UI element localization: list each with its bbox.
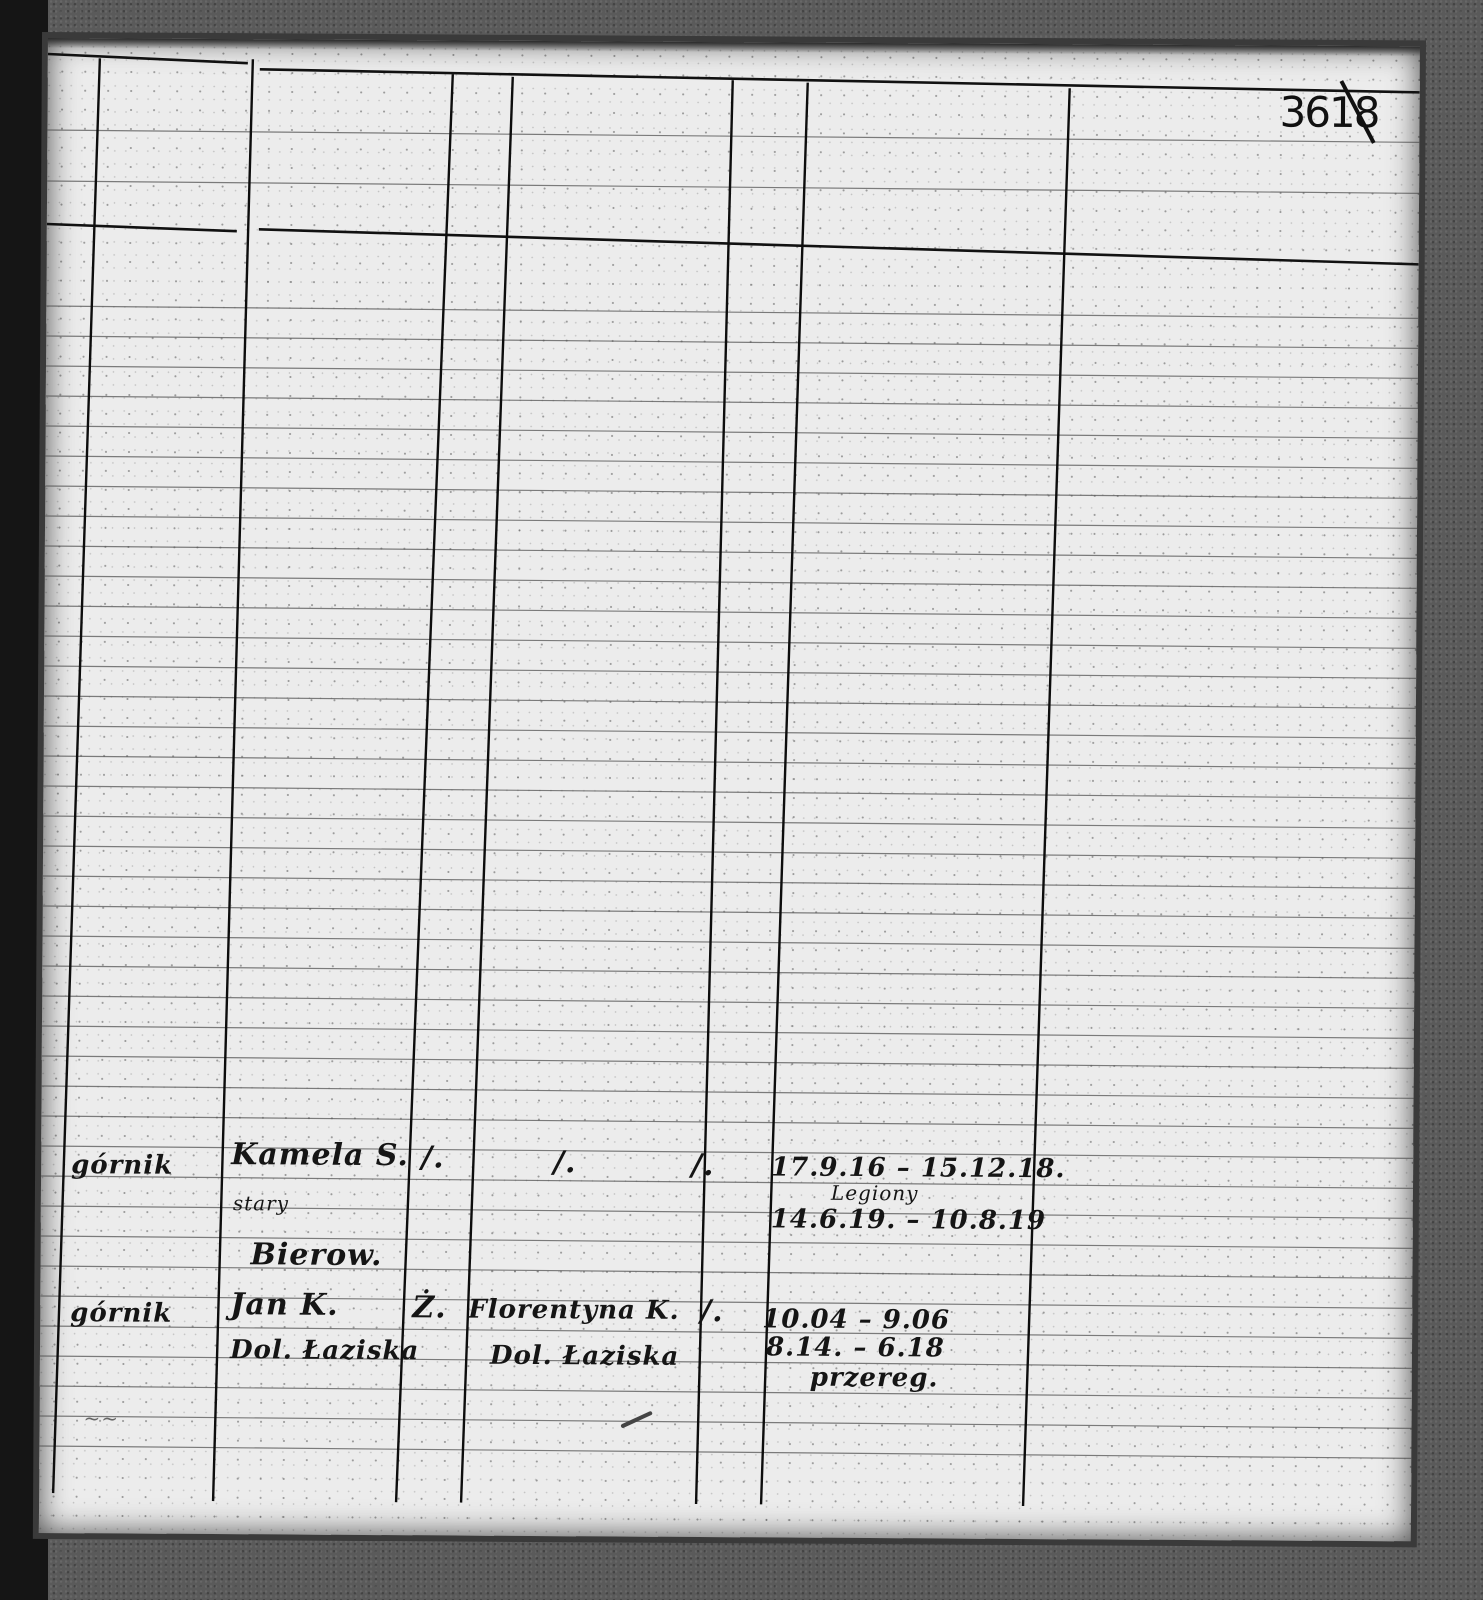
page-number-struck: 18: [1329, 88, 1379, 137]
ledger-page: 3618 górnik Kamela S. stary /. /. /. 17.…: [39, 38, 1420, 1541]
entry-2-name: Jan K.: [230, 1287, 339, 1323]
bottom-left-squiggle: ~~: [83, 1406, 119, 1430]
entry-2-spouse-place: Dol. Łaziska: [490, 1341, 680, 1372]
entry-2-col5: /.: [700, 1294, 724, 1329]
entry-1-name-note: stary: [233, 1191, 289, 1215]
entry-2-name-place: Dol. Łaziska: [230, 1335, 420, 1366]
entry-2-place-heading: Bierow.: [250, 1237, 382, 1273]
entry-1-col3: /.: [421, 1140, 445, 1175]
entry-1-name: Kamela S.: [231, 1137, 409, 1173]
entry-2-service-line1: 10.04 – 9.06: [762, 1304, 950, 1335]
entry-1-service-line2: 14.6.19. – 10.8.19: [771, 1204, 1046, 1236]
entry-1-col4: /.: [553, 1145, 577, 1180]
entry-1-service-note: Legiony: [831, 1181, 919, 1206]
entry-1-col5: /.: [691, 1148, 715, 1183]
entry-1-service-line1: 17.9.16 – 15.12.18.: [771, 1152, 1066, 1184]
column-dividers: [53, 58, 1070, 1506]
page-number: 3618: [1279, 88, 1378, 138]
entry-2-spouse: Florentyna K.: [468, 1295, 680, 1326]
page-number-current: 36: [1279, 88, 1329, 137]
entry-2-col3: Ż.: [412, 1290, 447, 1325]
entry-1-occupation: górnik: [71, 1150, 173, 1181]
entry-2-service-line2: 8.14. – 6.18: [766, 1332, 945, 1363]
entry-2-occupation: górnik: [70, 1298, 172, 1329]
entry-2-service-note: przereg.: [810, 1363, 939, 1394]
